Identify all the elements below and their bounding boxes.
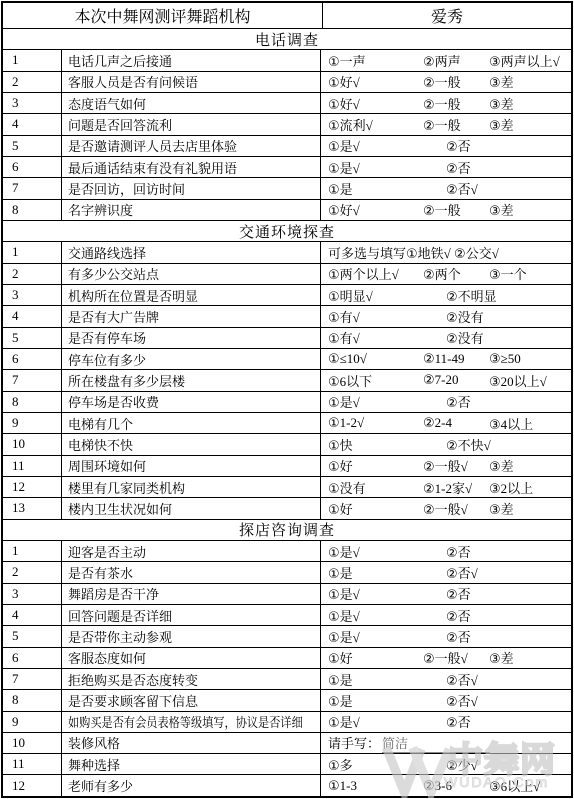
handwritten-answer: 简洁 <box>382 733 490 753</box>
question-cell: 周围环境如何 <box>62 456 321 476</box>
table-row: 7是否回访，回访时间①是②否√ <box>3 178 571 199</box>
question-cell: 电梯有几个 <box>62 413 321 433</box>
question-cell: 是否带你主动参观 <box>62 626 321 646</box>
table-row: 10电梯快不快①快②不快√ <box>3 434 571 455</box>
table-row: 4问题是否回答流利①流利√②一般③差 <box>3 114 571 135</box>
answer-option: ②一般 <box>423 200 489 219</box>
answer-option: ①流利√ <box>328 115 423 134</box>
question-text: 如购买是否有会员表格等级填写，协议是否详细 <box>68 712 303 731</box>
answer-cell: ①两个以上√②两个③一个 <box>321 264 571 284</box>
row-number: 8 <box>3 690 62 710</box>
answer-cell: ①是√②否 <box>321 605 571 625</box>
question-text: 交通路线选择 <box>68 243 146 262</box>
answer-option: ②没有 <box>446 307 484 326</box>
answer-option: ①一声 <box>328 51 423 70</box>
answer-option: ③两声以上√ <box>489 51 560 70</box>
question-cell: 名字辨识度 <box>62 200 321 220</box>
row-number: 7 <box>3 370 62 390</box>
answer-option: ①好√ <box>328 94 423 113</box>
table-row: 5是否带你主动参观①是√②否 <box>3 626 571 647</box>
question-cell: 态度语气如何 <box>62 93 321 113</box>
answer-option: ③差 <box>489 648 514 667</box>
answer-option: ③差 <box>489 115 514 134</box>
table-header-row: 本次中舞网测评舞蹈机构 爱秀 <box>3 3 571 29</box>
answer-cell: 可多选与填写①地铁√ ②公交√ <box>321 242 571 262</box>
answer-option: ③6以上√ <box>489 776 540 795</box>
answer-option: ②1-2家√ <box>423 478 489 497</box>
row-number: 11 <box>3 754 62 774</box>
section-title: 电话调查 <box>255 29 319 50</box>
row-number: 4 <box>3 114 62 134</box>
answer-option: ①是 <box>328 179 446 198</box>
answer-cell: ①好②一般√③差 <box>321 498 571 518</box>
answer-cell: ①≤10√②11-49③≥50 <box>321 349 571 369</box>
answer-option: ②一般 <box>423 72 489 91</box>
answer-cell: ①明显√②不明显 <box>321 285 571 305</box>
question-text: 是否带你主动参观 <box>68 627 172 646</box>
answer-cell: ①好②一般√③差 <box>321 456 571 476</box>
table-row: 8是否要求顾客留下信息①是②否√ <box>3 690 571 711</box>
question-cell: 最后通话结束有没有礼貌用语 <box>62 157 321 177</box>
answer-option: ①好 <box>328 648 423 667</box>
table-row: 6客服态度如何①好②一般√③差 <box>3 648 571 669</box>
table-row: 7拒绝购买是否态度转变①是②否√ <box>3 669 571 690</box>
table-row: 5是否有停车场①有√②没有 <box>3 328 571 349</box>
row-number: 6 <box>3 349 62 369</box>
answer-cell: ①是√②否 <box>321 626 571 646</box>
question-cell: 如购买是否有会员表格等级填写，协议是否详细 <box>62 712 321 732</box>
answer-option: ②否 <box>446 606 471 625</box>
row-number: 9 <box>3 413 62 433</box>
question-text: 楼内卫生状况如何 <box>68 499 172 518</box>
handwrite-prompt: 请手写： <box>328 733 380 752</box>
question-text: 客服人员是否有问候语 <box>68 72 198 91</box>
question-cell: 是否有大广告牌 <box>62 306 321 326</box>
question-text: 是否回访，回访时间 <box>68 179 185 198</box>
answer-option: ①是√ <box>328 158 446 177</box>
question-text: 电梯有几个 <box>68 414 133 433</box>
answer-option: ②否 <box>446 392 471 411</box>
answer-option: ①是 <box>328 563 446 582</box>
question-cell: 楼内卫生状况如何 <box>62 498 321 518</box>
answer-option: ②否 <box>446 158 471 177</box>
answer-cell: ①是√②否 <box>321 392 571 412</box>
answer-option: ③一个 <box>489 264 527 283</box>
row-number: 9 <box>3 712 62 732</box>
question-text: 问题是否回答流利 <box>68 115 172 134</box>
table-row: 1迎客是否主动①是√②否 <box>3 541 571 562</box>
row-number: 11 <box>3 456 62 476</box>
question-cell: 停车场是否收费 <box>62 392 321 412</box>
answer-option: ③4以上 <box>489 414 533 433</box>
answer-option: ②7-20 <box>423 372 489 388</box>
table-row: 8停车场是否收费①是√②否 <box>3 392 571 413</box>
answer-cell: ①是√②否 <box>321 541 571 561</box>
row-number: 3 <box>3 285 62 305</box>
question-text: 电话几声之后接通 <box>68 51 172 70</box>
answer-option: ②一般√ <box>423 456 489 475</box>
answer-option: ③差 <box>489 94 514 113</box>
row-number: 13 <box>3 498 62 518</box>
answer-option: ③差 <box>489 200 514 219</box>
answer-option: ①1-2√ <box>328 415 423 431</box>
row-number: 6 <box>3 648 62 668</box>
row-number: 2 <box>3 562 62 582</box>
answer-option: ③差 <box>489 499 514 518</box>
question-cell: 装修风格 <box>62 733 321 753</box>
question-text: 电梯快不快 <box>68 435 133 454</box>
question-text: 楼里有几家同类机构 <box>68 478 185 497</box>
table-row: 9如购买是否有会员表格等级填写，协议是否详细①是√②否 <box>3 712 571 733</box>
table-row: 12老师有多少①1-3②3-6③6以上√ <box>3 775 571 795</box>
table-row: 7所在楼盘有多少层楼①6以下②7-20③20以上√ <box>3 370 571 391</box>
answer-option: ①是 <box>328 670 446 689</box>
table-row: 11舞种选择①多②少√ <box>3 754 571 775</box>
question-text: 客服态度如何 <box>68 648 146 667</box>
answer-option: ②两个 <box>423 264 489 283</box>
table-row: 3态度语气如何①好√②一般③差 <box>3 93 571 114</box>
question-cell: 回答问题是否详细 <box>62 605 321 625</box>
row-number: 7 <box>3 178 62 198</box>
row-number: 1 <box>3 541 62 561</box>
answer-option: ②一般 <box>423 94 489 113</box>
row-number: 3 <box>3 93 62 113</box>
answer-cell: ①是②否√ <box>321 669 571 689</box>
row-number: 10 <box>3 733 62 753</box>
question-text: 是否邀请测评人员去店里体验 <box>68 136 237 155</box>
answer-cell: ①有√②没有 <box>321 328 571 348</box>
answer-option: ①1-3 <box>328 778 423 794</box>
answer-option: ①好 <box>328 456 423 475</box>
row-number: 4 <box>3 306 62 326</box>
table-row: 2是否有茶水①是②否√ <box>3 562 571 583</box>
answer-cell: ①多②少√ <box>321 754 571 774</box>
answer-option: ①好 <box>328 499 423 518</box>
header-evaluation-label: 本次中舞网测评舞蹈机构 <box>3 3 323 28</box>
survey-table: 本次中舞网测评舞蹈机构 爱秀 电话调查1电话几声之后接通①一声②两声③两声以上√… <box>1 1 573 798</box>
answer-option: ②一般√ <box>423 499 489 518</box>
answer-option: ②不快√ <box>446 435 491 454</box>
answer-option: ①是√ <box>328 584 446 603</box>
answer-option: ②不明显 <box>446 286 497 305</box>
question-text: 舞种选择 <box>68 755 120 774</box>
answer-cell: ①是②否√ <box>321 690 571 710</box>
row-number: 12 <box>3 775 62 795</box>
survey-page: 本次中舞网测评舞蹈机构 爱秀 电话调查1电话几声之后接通①一声②两声③两声以上√… <box>0 0 574 799</box>
question-text: 迎客是否主动 <box>68 542 146 561</box>
answer-option: ②11-49 <box>423 351 489 367</box>
question-cell: 迎客是否主动 <box>62 541 321 561</box>
question-text: 最后通话结束有没有礼貌用语 <box>68 158 237 177</box>
row-number: 6 <box>3 157 62 177</box>
question-text: 是否有停车场 <box>68 328 146 347</box>
answer-cell: 请手写：简洁 <box>321 733 571 753</box>
table-row: 5是否邀请测评人员去店里体验①是√②否 <box>3 136 571 157</box>
answer-option: ②2-4 <box>423 415 489 431</box>
answer-cell: ①1-3②3-6③6以上√ <box>321 775 571 795</box>
table-row: 3舞蹈房是否干净①是√②否 <box>3 584 571 605</box>
question-text: 停车位有多少 <box>68 350 146 369</box>
answer-option: ②否 <box>446 542 471 561</box>
answer-option: ②否√ <box>446 179 478 198</box>
question-text: 回答问题是否详细 <box>68 606 172 625</box>
question-cell: 问题是否回答流利 <box>62 114 321 134</box>
answer-option: ①6以下 <box>328 371 423 390</box>
question-cell: 是否回访，回访时间 <box>62 178 321 198</box>
table-row: 3机构所在位置是否明显①明显√②不明显 <box>3 285 571 306</box>
row-number: 2 <box>3 72 62 92</box>
answer-option: ②没有 <box>446 328 484 347</box>
row-number: 2 <box>3 264 62 284</box>
row-number: 4 <box>3 605 62 625</box>
question-text: 机构所在位置是否明显 <box>68 286 198 305</box>
question-text: 所在楼盘有多少层楼 <box>68 371 185 390</box>
answer-option: ③20以上√ <box>489 371 547 390</box>
answer-cell: ①快②不快√ <box>321 434 571 454</box>
answer-option: ②否√ <box>446 670 478 689</box>
question-text: 态度语气如何 <box>68 94 146 113</box>
answer-option: ②否√ <box>446 563 478 582</box>
question-cell: 舞蹈房是否干净 <box>62 584 321 604</box>
section-title-row: 电话调查 <box>3 29 571 50</box>
row-number: 12 <box>3 477 62 497</box>
answer-cell: ①好√②一般③差 <box>321 93 571 113</box>
question-text: 名字辨识度 <box>68 200 133 219</box>
answer-cell: ①是②否√ <box>321 178 571 198</box>
table-row: 13楼内卫生状况如何①好②一般√③差 <box>3 498 571 519</box>
section-title-row: 探店咨询调查 <box>3 520 571 541</box>
answer-option: ①是√ <box>328 712 446 731</box>
table-row: 4回答问题是否详细①是√②否 <box>3 605 571 626</box>
answer-cell: ①好√②一般③差 <box>321 200 571 220</box>
table-row: 2有多少公交站点①两个以上√②两个③一个 <box>3 264 571 285</box>
answer-cell: ①好②一般√③差 <box>321 648 571 668</box>
table-row: 10装修风格请手写：简洁 <box>3 733 571 754</box>
answer-option: ①是√ <box>328 606 446 625</box>
question-cell: 是否要求顾客留下信息 <box>62 690 321 710</box>
row-number: 8 <box>3 392 62 412</box>
answer-option: ①是√ <box>328 627 446 646</box>
answer-option: ②两声 <box>423 51 489 70</box>
question-text: 拒绝购买是否态度转变 <box>68 670 198 689</box>
table-row: 1交通路线选择可多选与填写①地铁√ ②公交√ <box>3 242 571 263</box>
answer-cell: ①是√②否 <box>321 157 571 177</box>
answer-option: ②否 <box>446 627 471 646</box>
answer-option: ②否 <box>446 136 471 155</box>
question-text: 是否要求顾客留下信息 <box>68 691 198 710</box>
answer-cell: ①是√②否 <box>321 712 571 732</box>
answer-option: ②少√ <box>446 755 478 774</box>
question-cell: 电梯快不快 <box>62 434 321 454</box>
answer-option: ②否√ <box>446 691 478 710</box>
question-cell: 楼里有几家同类机构 <box>62 477 321 497</box>
question-text: 周围环境如何 <box>68 456 146 475</box>
answer-option: ③≥50 <box>489 351 521 367</box>
answer-option: ①是 <box>328 691 446 710</box>
question-cell: 机构所在位置是否明显 <box>62 285 321 305</box>
question-cell: 舞种选择 <box>62 754 321 774</box>
table-row: 4是否有大广告牌①有√②没有 <box>3 306 571 327</box>
answer-cell: ①是√②否 <box>321 136 571 156</box>
answer-option: ①两个以上√ <box>328 264 423 283</box>
row-number: 8 <box>3 200 62 220</box>
answer-option: ①快 <box>328 435 446 454</box>
question-cell: 是否有停车场 <box>62 328 321 348</box>
answer-option: ①是√ <box>328 136 446 155</box>
question-text: 舞蹈房是否干净 <box>68 584 159 603</box>
question-cell: 交通路线选择 <box>62 242 321 262</box>
question-cell: 客服态度如何 <box>62 648 321 668</box>
question-cell: 有多少公交站点 <box>62 264 321 284</box>
answer-option: ①没有 <box>328 478 423 497</box>
section-title: 交通环境探查 <box>239 221 335 242</box>
answer-cell: ①流利√②一般③差 <box>321 114 571 134</box>
question-cell: 电话几声之后接通 <box>62 50 321 70</box>
question-text: 装修风格 <box>68 733 120 752</box>
question-text: 老师有多少 <box>68 776 133 795</box>
answer-cell: ①有√②没有 <box>321 306 571 326</box>
row-number: 5 <box>3 328 62 348</box>
row-number: 10 <box>3 434 62 454</box>
answer-option: 可多选与填写①地铁√ ②公交√ <box>328 243 499 262</box>
question-text: 有多少公交站点 <box>68 264 159 283</box>
answer-cell: ①1-2√②2-4③4以上 <box>321 413 571 433</box>
answer-option: ③2以上 <box>489 478 533 497</box>
answer-option: ①多 <box>328 755 446 774</box>
table-row: 6停车位有多少①≤10√②11-49③≥50 <box>3 349 571 370</box>
row-number: 5 <box>3 136 62 156</box>
row-number: 1 <box>3 242 62 262</box>
section-title-row: 交通环境探查 <box>3 221 571 242</box>
answer-option: ①≤10√ <box>328 351 423 367</box>
question-cell: 拒绝购买是否态度转变 <box>62 669 321 689</box>
table-row: 12楼里有几家同类机构①没有②1-2家√③2以上 <box>3 477 571 498</box>
question-cell: 老师有多少 <box>62 775 321 795</box>
question-cell: 停车位有多少 <box>62 349 321 369</box>
answer-option: ①好√ <box>328 72 423 91</box>
row-number: 3 <box>3 584 62 604</box>
answer-option: ①明显√ <box>328 286 446 305</box>
section-title: 探店咨询调查 <box>239 519 335 540</box>
table-row: 8名字辨识度①好√②一般③差 <box>3 200 571 221</box>
answer-option: ②否 <box>446 584 471 603</box>
question-cell: 客服人员是否有问候语 <box>62 72 321 92</box>
header-institution-name: 爱秀 <box>323 3 571 28</box>
question-text: 是否有大广告牌 <box>68 307 159 326</box>
answer-option: ③差 <box>489 72 514 91</box>
answer-option: ①是√ <box>328 392 446 411</box>
answer-cell: ①没有②1-2家√③2以上 <box>321 477 571 497</box>
answer-option: ①好√ <box>328 200 423 219</box>
row-number: 5 <box>3 626 62 646</box>
answer-option: ①有√ <box>328 328 446 347</box>
answer-cell: ①一声②两声③两声以上√ <box>321 50 571 70</box>
answer-option: ②一般 <box>423 115 489 134</box>
table-row: 9电梯有几个①1-2√②2-4③4以上 <box>3 413 571 434</box>
answer-cell: ①是②否√ <box>321 562 571 582</box>
answer-option: ②否 <box>446 712 471 731</box>
question-text: 是否有茶水 <box>68 563 133 582</box>
answer-cell: ①好√②一般③差 <box>321 72 571 92</box>
row-number: 1 <box>3 50 62 70</box>
table-row: 2客服人员是否有问候语①好√②一般③差 <box>3 72 571 93</box>
table-row: 1电话几声之后接通①一声②两声③两声以上√ <box>3 50 571 71</box>
answer-option: ③差 <box>489 456 514 475</box>
row-number: 7 <box>3 669 62 689</box>
question-cell: 是否有茶水 <box>62 562 321 582</box>
table-row: 6最后通话结束有没有礼貌用语①是√②否 <box>3 157 571 178</box>
table-row: 11周围环境如何①好②一般√③差 <box>3 456 571 477</box>
question-cell: 所在楼盘有多少层楼 <box>62 370 321 390</box>
answer-option: ①是√ <box>328 542 446 561</box>
answer-option: ①有√ <box>328 307 446 326</box>
answer-cell: ①6以下②7-20③20以上√ <box>321 370 571 390</box>
answer-option: ②3-6 <box>423 778 489 794</box>
question-text: 停车场是否收费 <box>68 392 159 411</box>
answer-cell: ①是√②否 <box>321 584 571 604</box>
question-cell: 是否邀请测评人员去店里体验 <box>62 136 321 156</box>
answer-option: ②一般√ <box>423 648 489 667</box>
